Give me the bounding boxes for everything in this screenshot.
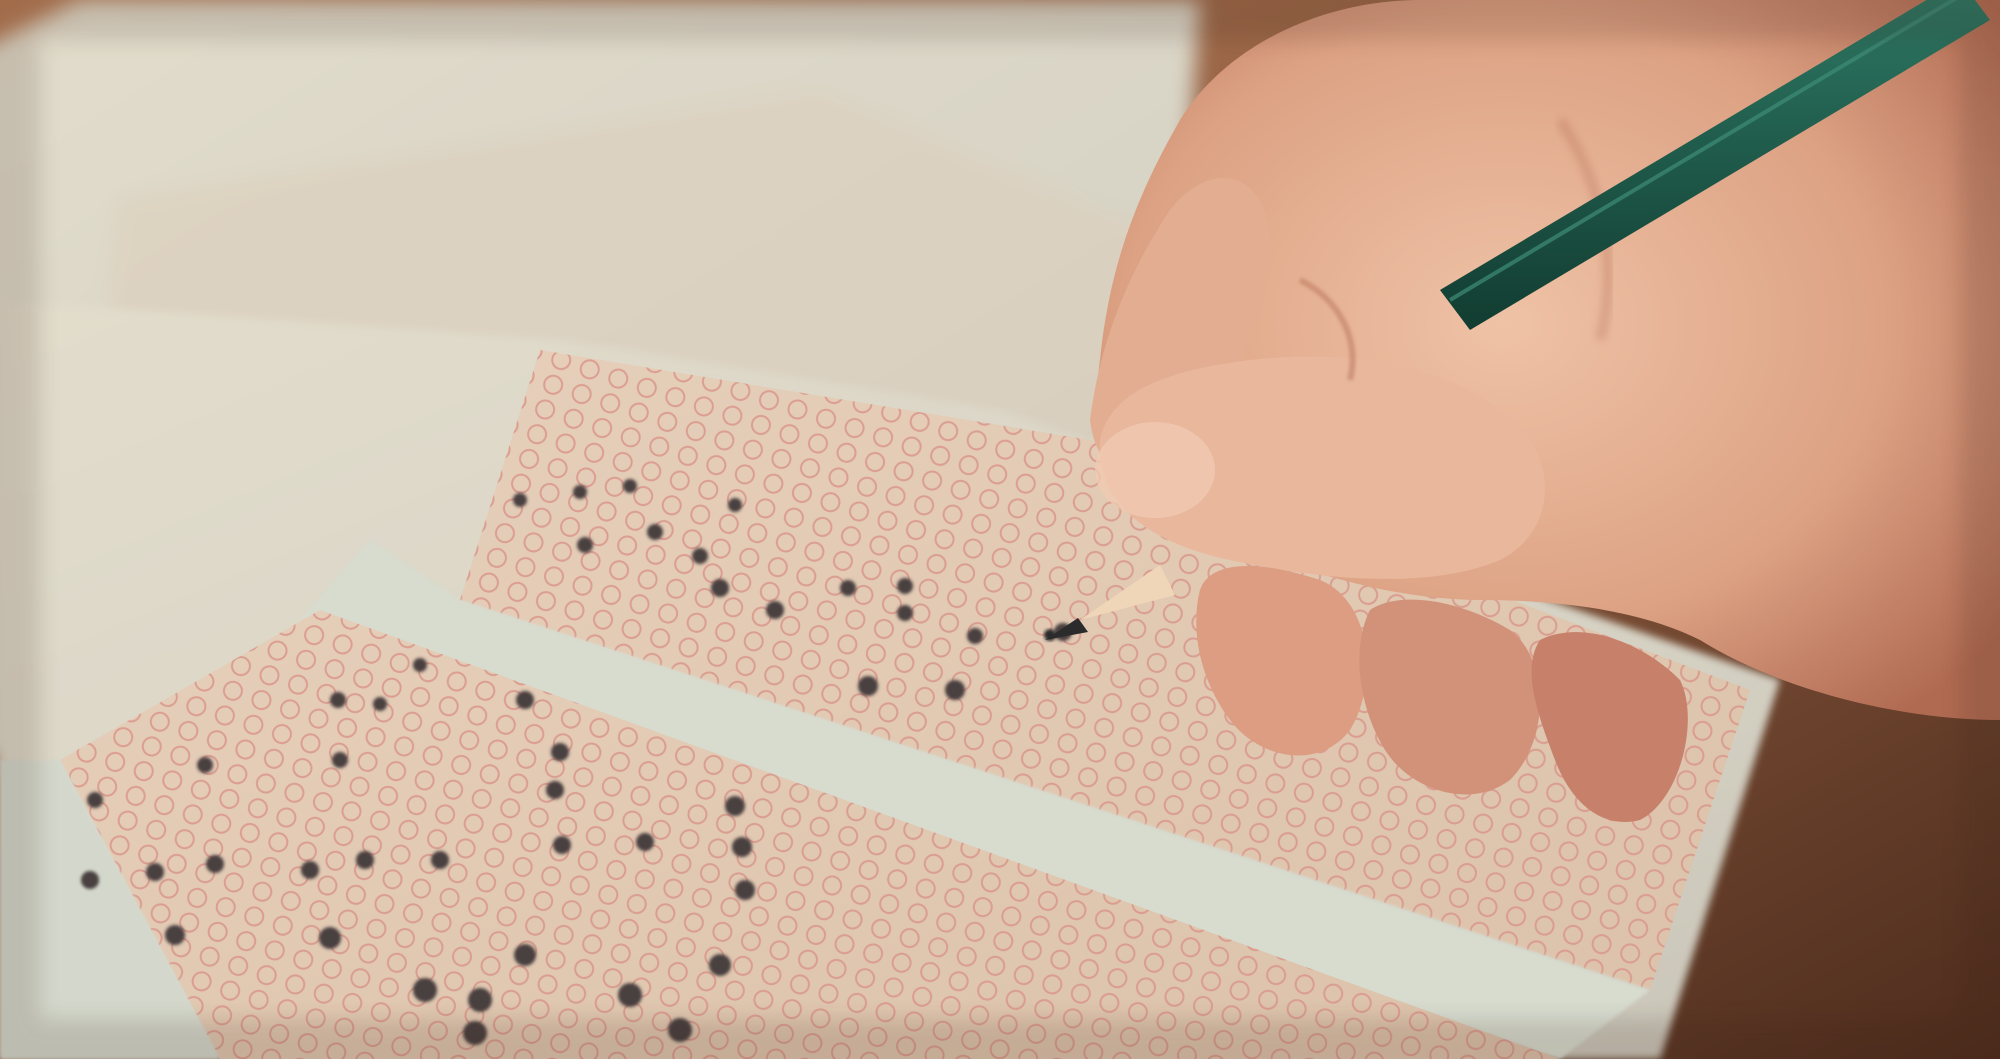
answer-sheet-photo [0, 0, 2000, 1059]
hand [1090, 0, 2000, 822]
photo-scene [0, 0, 2000, 1059]
